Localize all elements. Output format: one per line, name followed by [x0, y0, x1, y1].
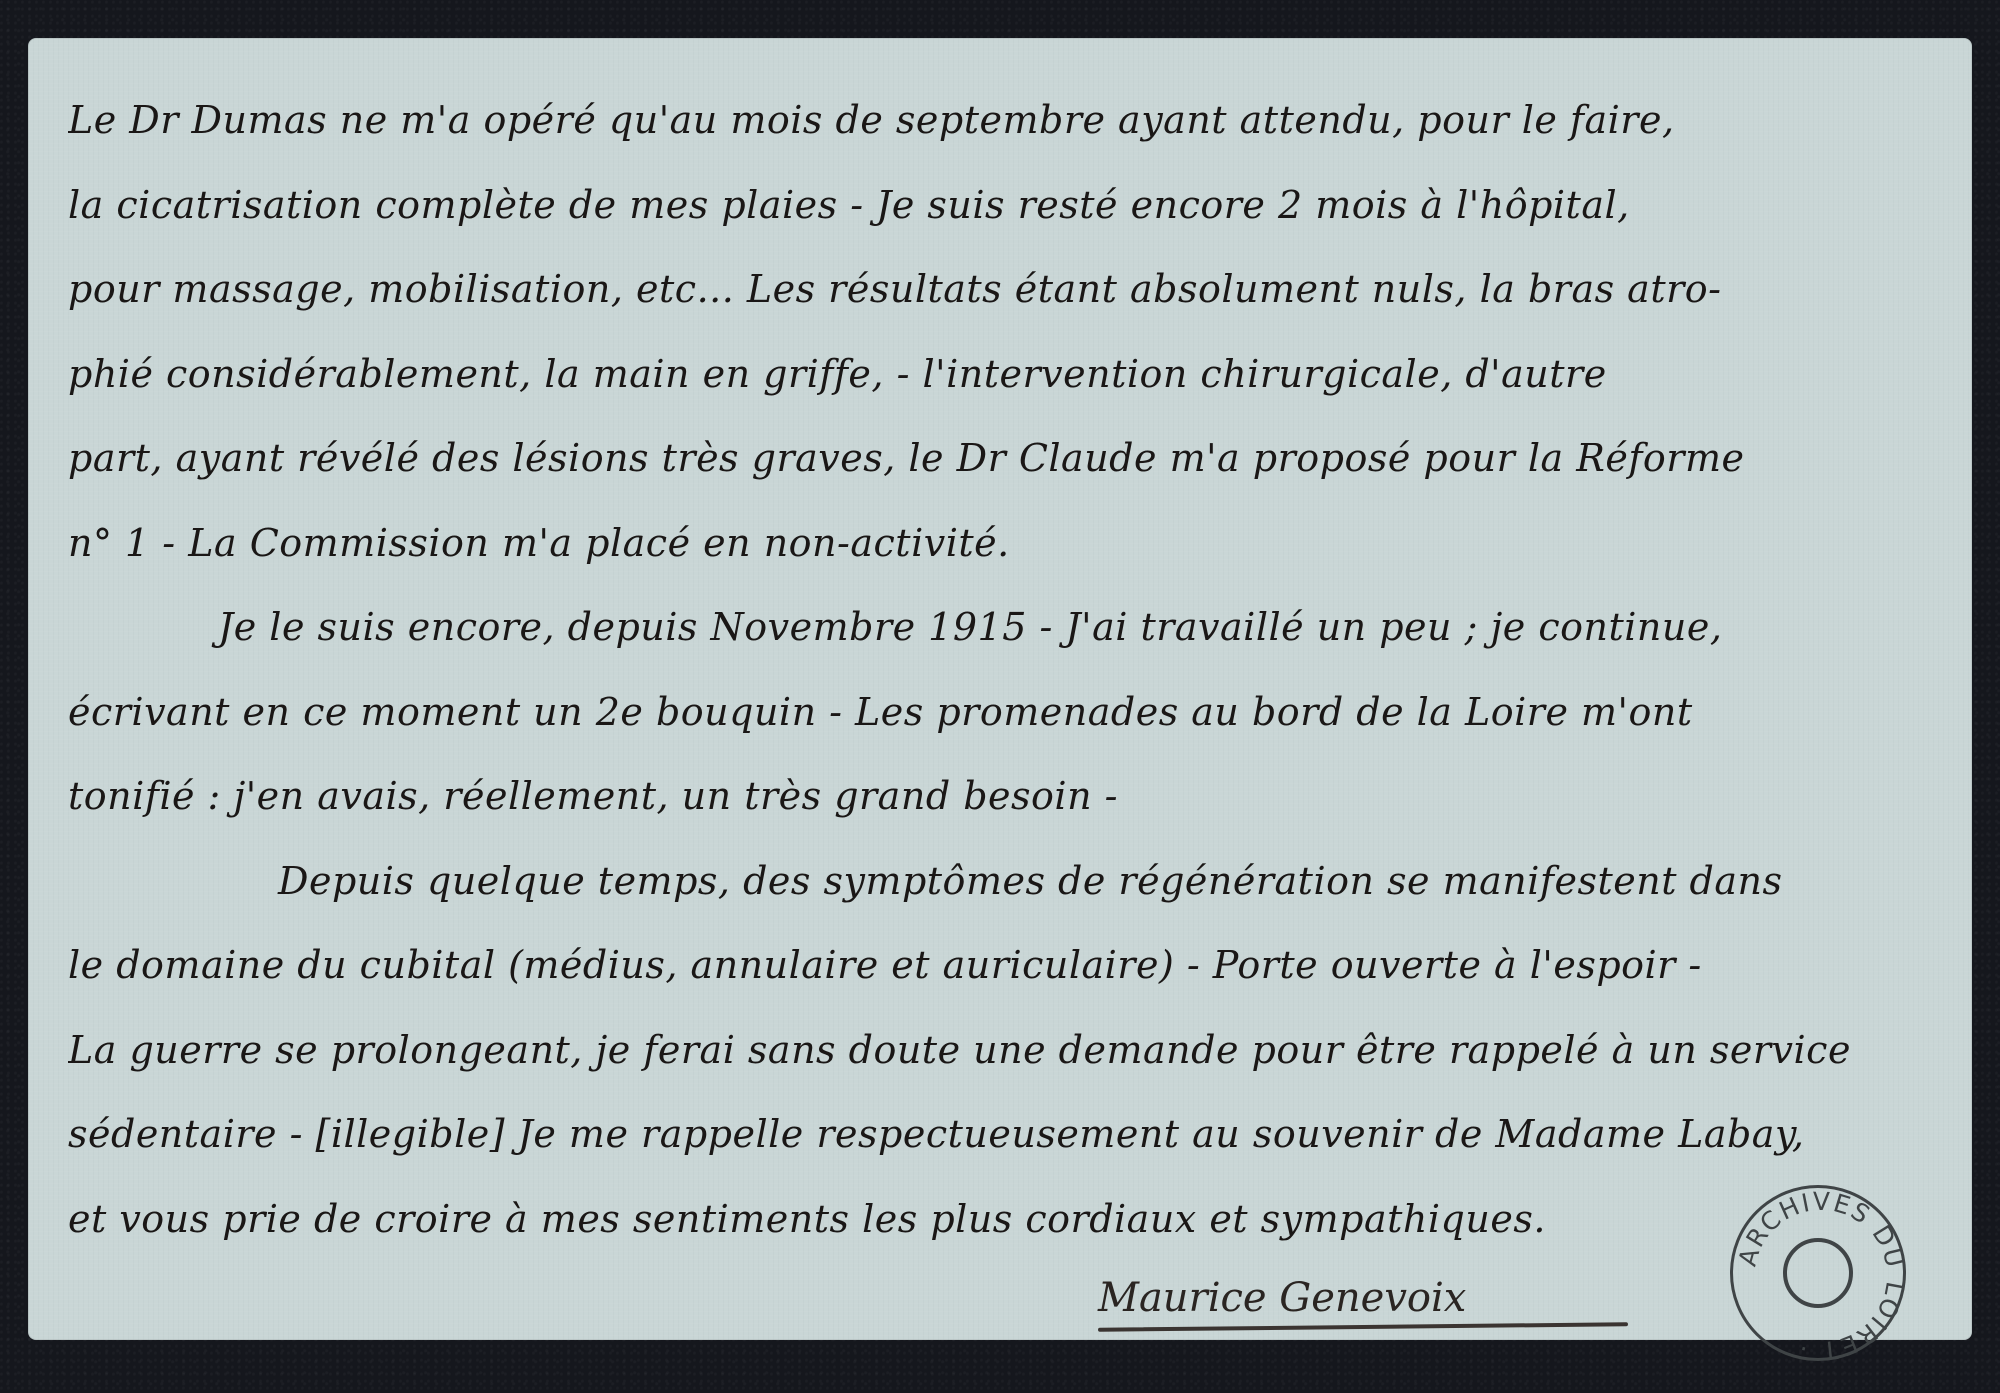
letter-line-11: le domaine du cubital (médius, annulaire… [68, 923, 1948, 1008]
letter-line-14: et vous prie de croire à mes sentiments … [68, 1177, 1948, 1262]
letter-line-1: Le Dr Dumas ne m'a opéré qu'au mois de s… [68, 78, 1948, 163]
letter-line-8: écrivant en ce moment un 2e bouquin - Le… [68, 670, 1948, 755]
signature: Maurice Genevoix [1088, 1273, 1648, 1323]
letter-line-10: Depuis quelque temps, des symptômes de r… [68, 839, 1948, 924]
letter-line-7: Je le suis encore, depuis Novembre 1915 … [68, 585, 1948, 670]
letter-line-13: sédentaire - [illegible] Je me rappelle … [68, 1092, 1948, 1177]
letter-line-9: tonifié : j'en avais, réellement, un trè… [68, 754, 1948, 839]
letter-line-6: n° 1 - La Commission m'a placé en non-ac… [68, 501, 1948, 586]
letter-line-5: part, ayant révélé des lésions très grav… [68, 416, 1948, 501]
letter-line-12: La guerre se prolongeant, je ferai sans … [68, 1008, 1948, 1093]
signature-underline [1098, 1322, 1628, 1332]
letter-line-2: la cicatrisation complète de mes plaies … [68, 163, 1948, 248]
archive-stamp: ARCHIVES DU LOIRET · [1730, 1185, 1906, 1361]
letter-line-4: phié considérablement, la main en griffe… [68, 332, 1948, 417]
letter-line-3: pour massage, mobilisation, etc... Les r… [68, 247, 1948, 332]
letter-card: Le Dr Dumas ne m'a opéré qu'au mois de s… [28, 38, 1972, 1340]
signature-block: Maurice Genevoix [1088, 1273, 1648, 1343]
letter-body: Le Dr Dumas ne m'a opéré qu'au mois de s… [68, 78, 1948, 1261]
stamp-inner-circle [1783, 1238, 1853, 1308]
